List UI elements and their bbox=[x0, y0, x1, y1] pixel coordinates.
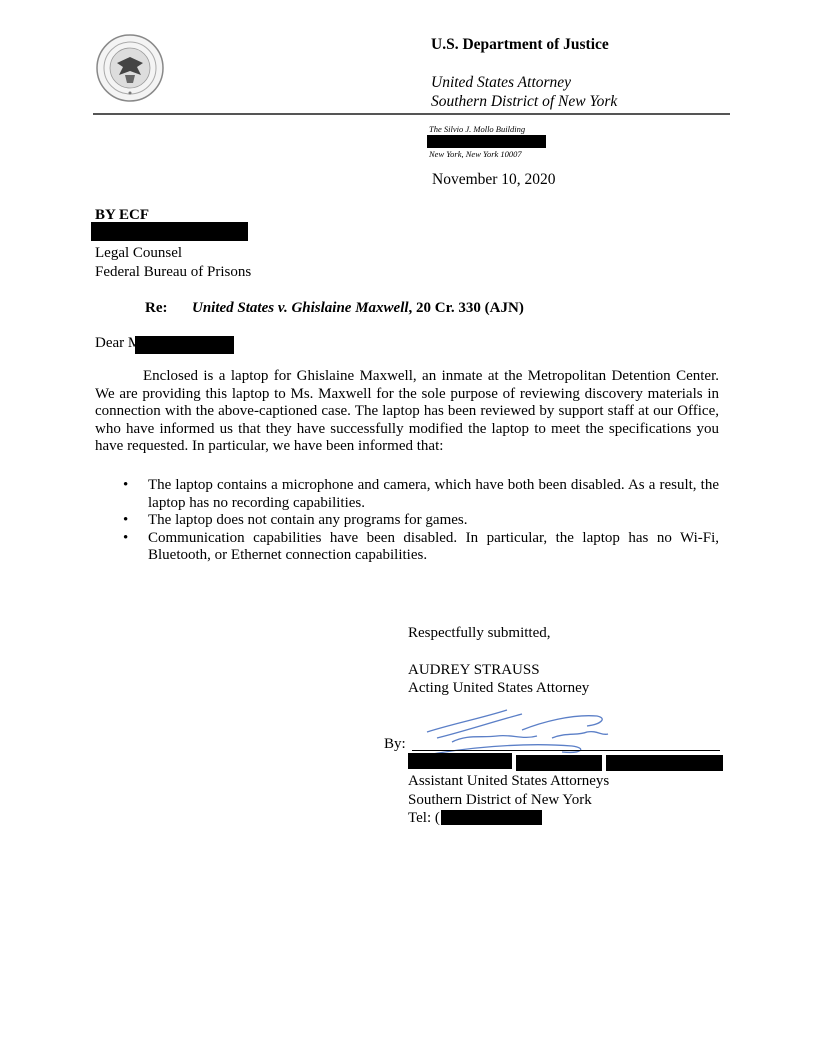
re-line: Re:United States v. Ghislaine Maxwell, 2… bbox=[145, 300, 524, 317]
redaction-block bbox=[427, 135, 546, 148]
closing: Respectfully submitted, bbox=[408, 624, 589, 643]
redaction-block bbox=[91, 222, 248, 241]
recipient-title: Legal Counsel bbox=[95, 244, 251, 263]
attorney-name: AUDREY STRAUSS bbox=[408, 661, 589, 680]
case-number: , 20 Cr. 330 (AJN) bbox=[409, 300, 524, 316]
redaction-block bbox=[516, 755, 602, 771]
list-item: •The laptop contains a microphone and ca… bbox=[95, 477, 719, 512]
recipient-organization: Federal Bureau of Prisons bbox=[95, 263, 251, 282]
by-label: By: bbox=[384, 736, 406, 753]
department-name: U.S. Department of Justice bbox=[431, 36, 609, 54]
letterhead-divider bbox=[93, 113, 730, 115]
signature-closing: Respectfully submitted, AUDREY STRAUSS A… bbox=[408, 624, 589, 698]
attorney-title: Acting United States Attorney bbox=[408, 679, 589, 698]
re-label: Re: bbox=[145, 300, 192, 317]
body-paragraph: Enclosed is a laptop for Ghislaine Maxwe… bbox=[95, 368, 719, 456]
address-line-3: New York, New York 10007 bbox=[429, 148, 546, 160]
bullet-text: The laptop contains a microphone and cam… bbox=[148, 477, 719, 511]
redaction-block bbox=[441, 810, 542, 825]
redaction-block bbox=[408, 753, 512, 769]
redaction-block bbox=[606, 755, 723, 771]
bullet-text: The laptop does not contain any programs… bbox=[148, 512, 468, 528]
recipient-block: Legal Counsel Federal Bureau of Prisons bbox=[95, 244, 251, 281]
office-line-2: Southern District of New York bbox=[431, 92, 617, 111]
list-item: •Communication capabilities have been di… bbox=[95, 530, 719, 565]
bullet-icon: • bbox=[123, 477, 128, 495]
bullet-icon: • bbox=[123, 530, 128, 548]
office-name: United States Attorney Southern District… bbox=[431, 73, 617, 111]
office-line-1: United States Attorney bbox=[431, 73, 617, 92]
office-address: The Silvio J. Mollo Building New York, N… bbox=[429, 123, 546, 160]
address-line-1: The Silvio J. Mollo Building bbox=[429, 123, 546, 135]
doj-seal-icon bbox=[95, 33, 165, 103]
bullet-text: Communication capabilities have been dis… bbox=[148, 530, 719, 564]
tel-label: Tel: ( bbox=[408, 810, 440, 826]
letter-date: November 10, 2020 bbox=[432, 171, 556, 189]
case-caption: United States v. Ghislaine Maxwell bbox=[192, 300, 409, 316]
signature-line bbox=[412, 750, 720, 751]
signer-title: Assistant United States Attorneys bbox=[408, 772, 609, 791]
list-item: •The laptop does not contain any program… bbox=[95, 512, 719, 530]
bullet-list: •The laptop contains a microphone and ca… bbox=[95, 477, 719, 565]
signer-office: Southern District of New York bbox=[408, 791, 609, 810]
redaction-block bbox=[135, 336, 234, 354]
bullet-icon: • bbox=[123, 512, 128, 530]
